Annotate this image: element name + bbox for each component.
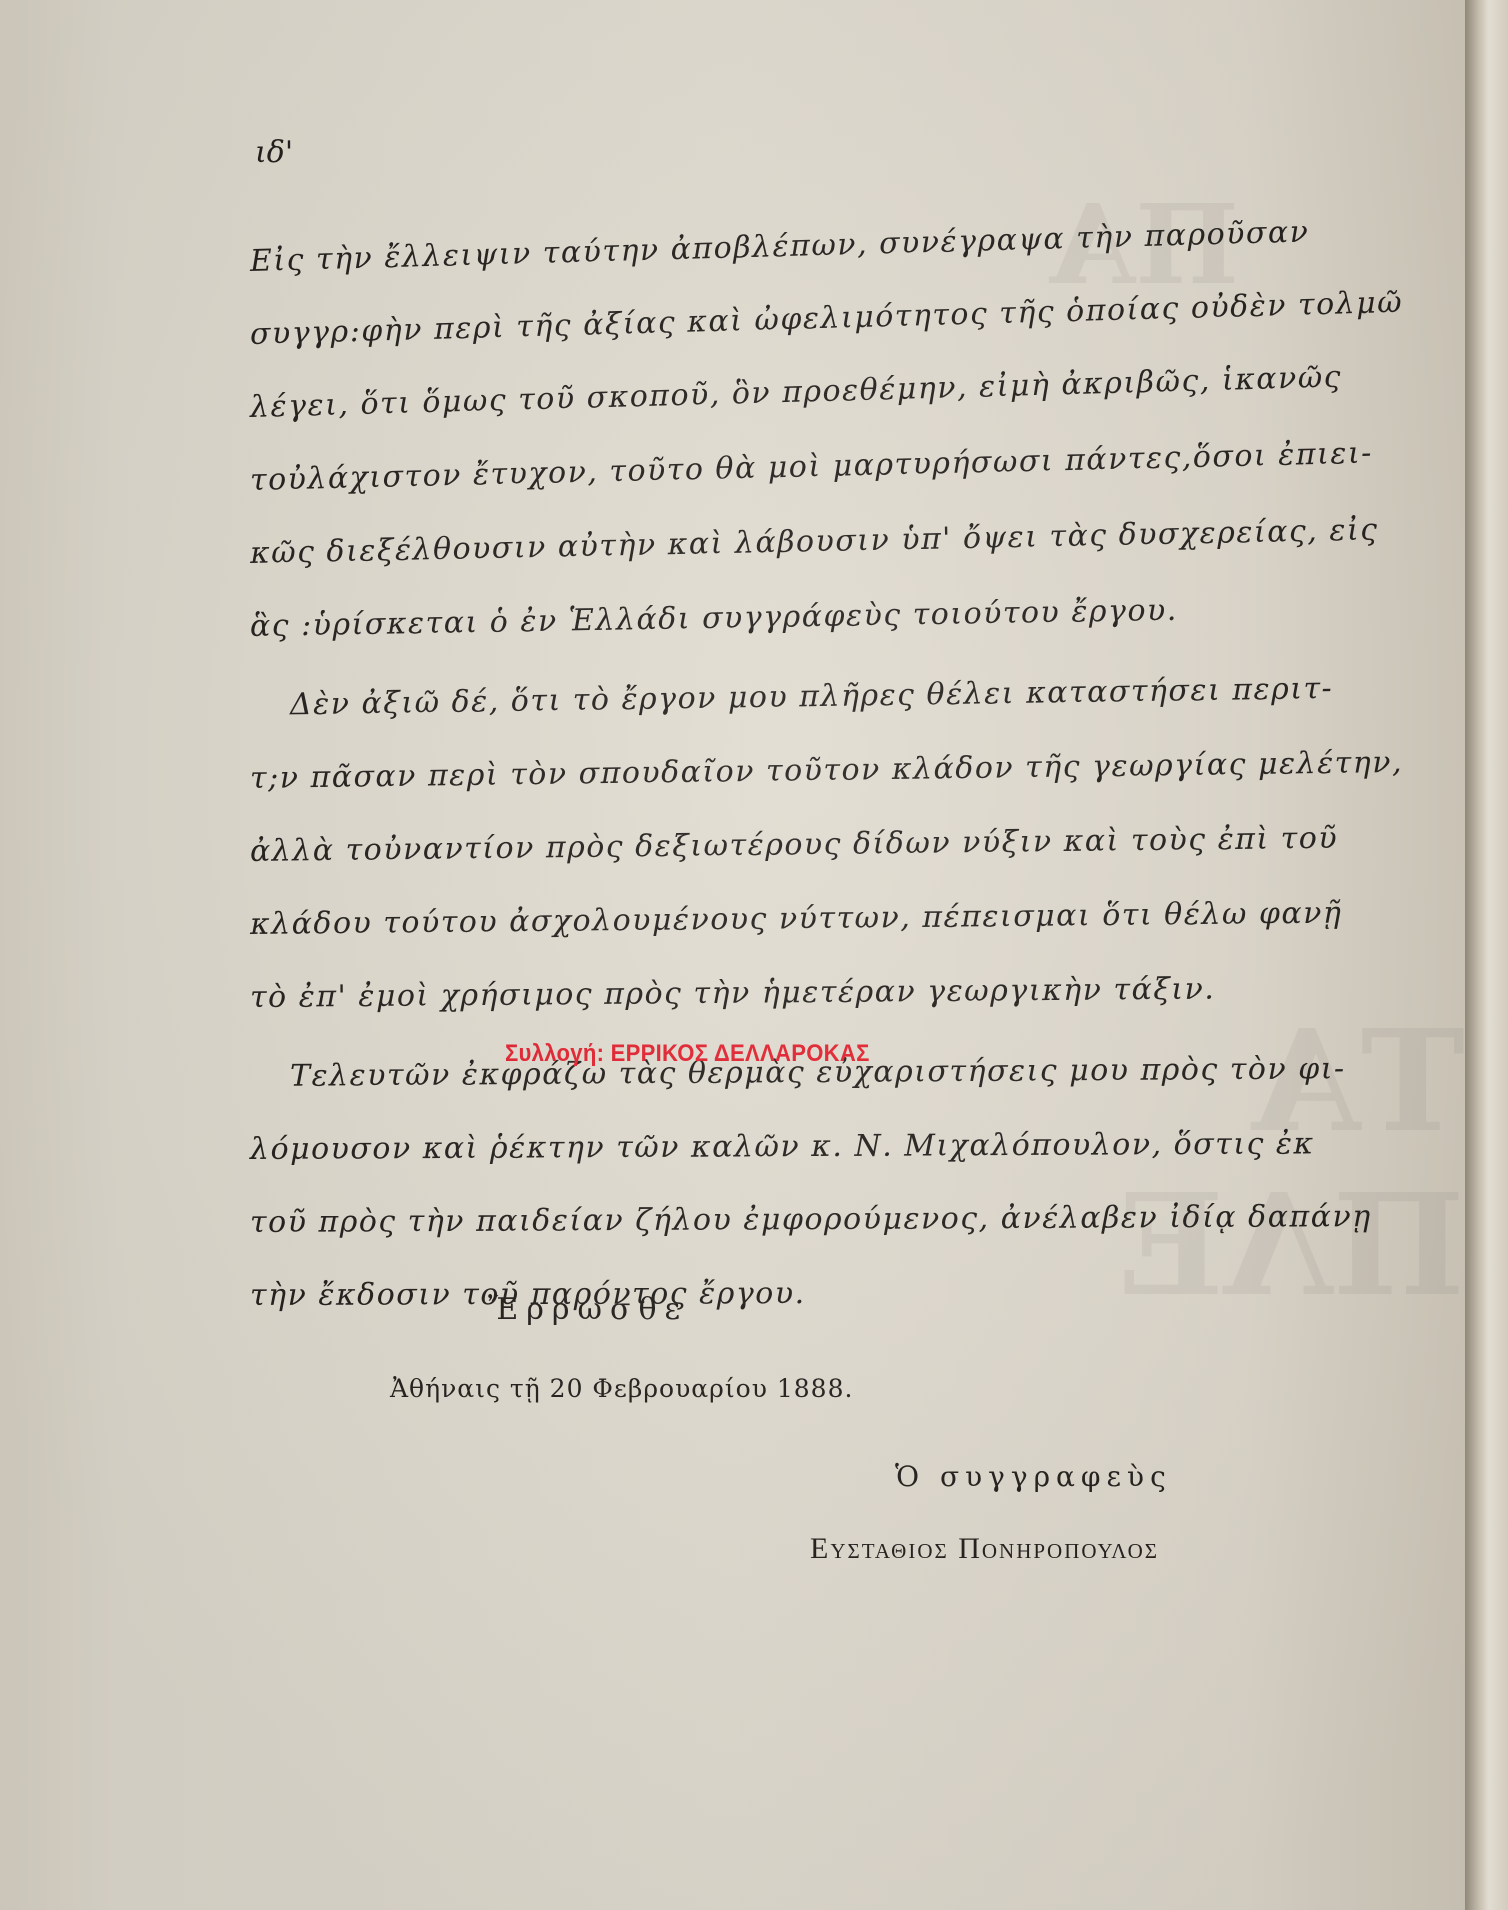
signature-role: Ὁ συγγραφεὺς — [895, 1460, 1172, 1493]
text-line: κλάδου τούτου ἀσχολουμένους νύττων, πέπε… — [250, 876, 1381, 961]
closing-salutation: Ἔρρωσθε — [488, 1292, 688, 1327]
book-gutter — [1465, 0, 1508, 1910]
text-line: τοῦ πρὸς τὴν παιδείαν ζήλου ἐμφορούμενος… — [250, 1180, 1380, 1259]
text-line: τὸ ἐπ' ἐμοὶ χρήσιμος πρὸς τὴν ἡμετέραν γ… — [250, 951, 1381, 1034]
paragraph-2: Δὲν ἀξιῶ δέ, ὅτι τὸ ἔργον μου πλῆρες θέλ… — [250, 669, 1380, 1034]
text-line: ἀλλὰ τοὐναντίον πρὸς δεξιωτέρους δίδων ν… — [250, 801, 1381, 888]
signature-name: Ευσταθιος Πονηροπουλος — [810, 1532, 1159, 1566]
paragraph-3: Τελευτῶν ἐκφράζω τὰς θερμὰς εὐχαριστήσει… — [250, 1040, 1380, 1332]
text-line: τὴν ἔκδοσιν τοῦ παρόντος ἔργου. — [250, 1255, 1380, 1332]
text-line: λόμουσον καὶ ῥέκτην τῶν καλῶν κ. Ν. Μιχα… — [250, 1107, 1380, 1186]
collection-watermark: Συλλογή: ΕΡΡΙΚΟΣ ΔΕΛΛΑΡΟΚΑΣ — [505, 1040, 870, 1068]
preface-body: Εἰς τὴν ἔλλειψιν ταύτην ἀποβλέπων, συνέγ… — [250, 225, 1380, 1332]
text-line: τ;ν πᾶσαν περὶ τὸν σπουδαῖον τοῦτον κλάδ… — [249, 726, 1380, 815]
date-line: Ἀθήναις τῇ 20 Φεβρουαρίου 1888. — [390, 1374, 853, 1403]
book-page: ΠΑ ΤΑ ΠΛΕ ιδ' Εἰς τὴν ἔλλειψιν ταύτην ἀπ… — [0, 0, 1465, 1910]
paragraph-1: Εἰς τὴν ἔλλειψιν ταύτην ἀποβλέπων, συνέγ… — [250, 225, 1380, 663]
page-number: ιδ' — [255, 135, 293, 170]
